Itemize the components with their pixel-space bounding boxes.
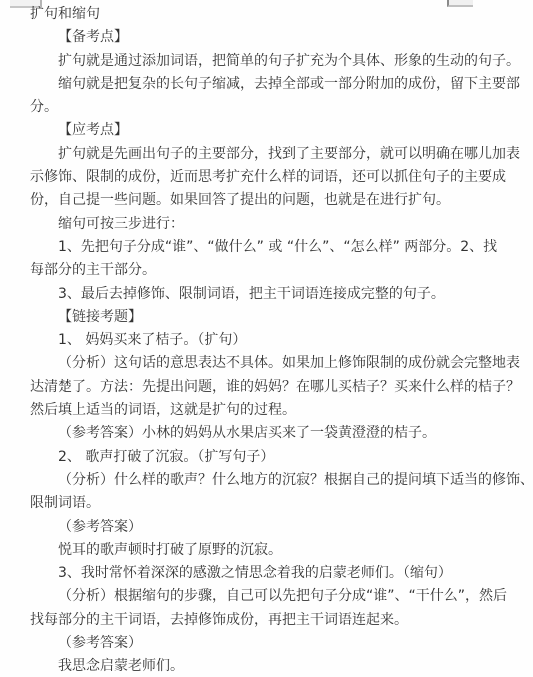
text-line: 悦耳的歌声顿时打破了原野的沉寂。 bbox=[30, 539, 525, 562]
text-line: 找每部分的主干词语，去掉修饰成份，再把主干词语连起来。 bbox=[30, 609, 525, 632]
text-line: 3、我时常怀着深深的感激之情思念着我的启蒙老师们。（缩句） bbox=[30, 562, 525, 585]
text-line: 分。 bbox=[30, 96, 525, 119]
text-line: （分析）什么样的歌声？什么地方的沉寂？根据自己的提问填下适当的修饰、 bbox=[30, 469, 525, 492]
text-line: 1、先把句子分成“谁”、“做什么” 或 “什么”、“怎么样” 两部分。2、找 bbox=[30, 236, 525, 259]
section-header: 【备考点】 bbox=[30, 26, 525, 49]
text-line: 2、 歌声打破了沉寂。（扩写句子） bbox=[30, 446, 525, 469]
text-line: 达清楚了。方法：先提出问题，谁的妈妈？在哪儿买桔子？买来什么样的桔子？ bbox=[30, 376, 525, 399]
section-header: 【链接考题】 bbox=[30, 306, 525, 329]
text-line: 每部分的主干部分。 bbox=[30, 259, 525, 282]
text-line: 然后填上适当的词语，这就是扩句的过程。 bbox=[30, 399, 525, 422]
text-line: 扩句就是先画出句子的主要部分，找到了主要部分，就可以明确在哪儿加表 bbox=[30, 143, 525, 166]
text-line: 缩句可按三步进行： bbox=[30, 213, 525, 236]
text-line: 缩句就是把复杂的长句子缩减，去掉全部或一部分附加的成份，留下主要部 bbox=[30, 73, 525, 96]
doc-title: 扩句和缩句 bbox=[30, 3, 525, 26]
text-line: 限制词语。 bbox=[30, 492, 525, 515]
text-line: 我思念启蒙老师们。 bbox=[30, 655, 525, 677]
text-line: （参考答案） bbox=[30, 516, 525, 539]
text-line: 示修饰、限制的成份，近而思考扩充什么样的词语，还可以抓住句子的主要成 bbox=[30, 166, 525, 189]
text-line: 3、最后去掉修饰、限制词语，把主干词语连接成完整的句子。 bbox=[30, 283, 525, 306]
text-line: （分析）这句话的意思表达不具体。如果加上修饰限制的成份就会完整地表 bbox=[30, 352, 525, 375]
text-line: 1、 妈妈买来了桔子。（扩句） bbox=[30, 329, 525, 352]
document-page: 扩句和缩句 【备考点】 扩句就是通过添加词语，把简单的句子扩充为个具体、形象的生… bbox=[0, 0, 533, 677]
text-line: （参考答案）小林的妈妈从水果店买来了一袋黄澄澄的桔子。 bbox=[30, 422, 525, 445]
text-line: 扩句就是通过添加词语，把简单的句子扩充为个具体、形象的生动的句子。 bbox=[30, 50, 525, 73]
document-body: 扩句和缩句 【备考点】 扩句就是通过添加词语，把简单的句子扩充为个具体、形象的生… bbox=[30, 3, 525, 677]
section-header: 【应考点】 bbox=[30, 119, 525, 142]
text-line: 份，自己提一些问题。如果回答了提出的问题，也就是在进行扩句。 bbox=[30, 189, 525, 212]
text-line: （分析）根据缩句的步骤，自己可以先把句子分成“谁”、“干什么”，然后 bbox=[30, 585, 525, 608]
text-line: （参考答案） bbox=[30, 632, 525, 655]
